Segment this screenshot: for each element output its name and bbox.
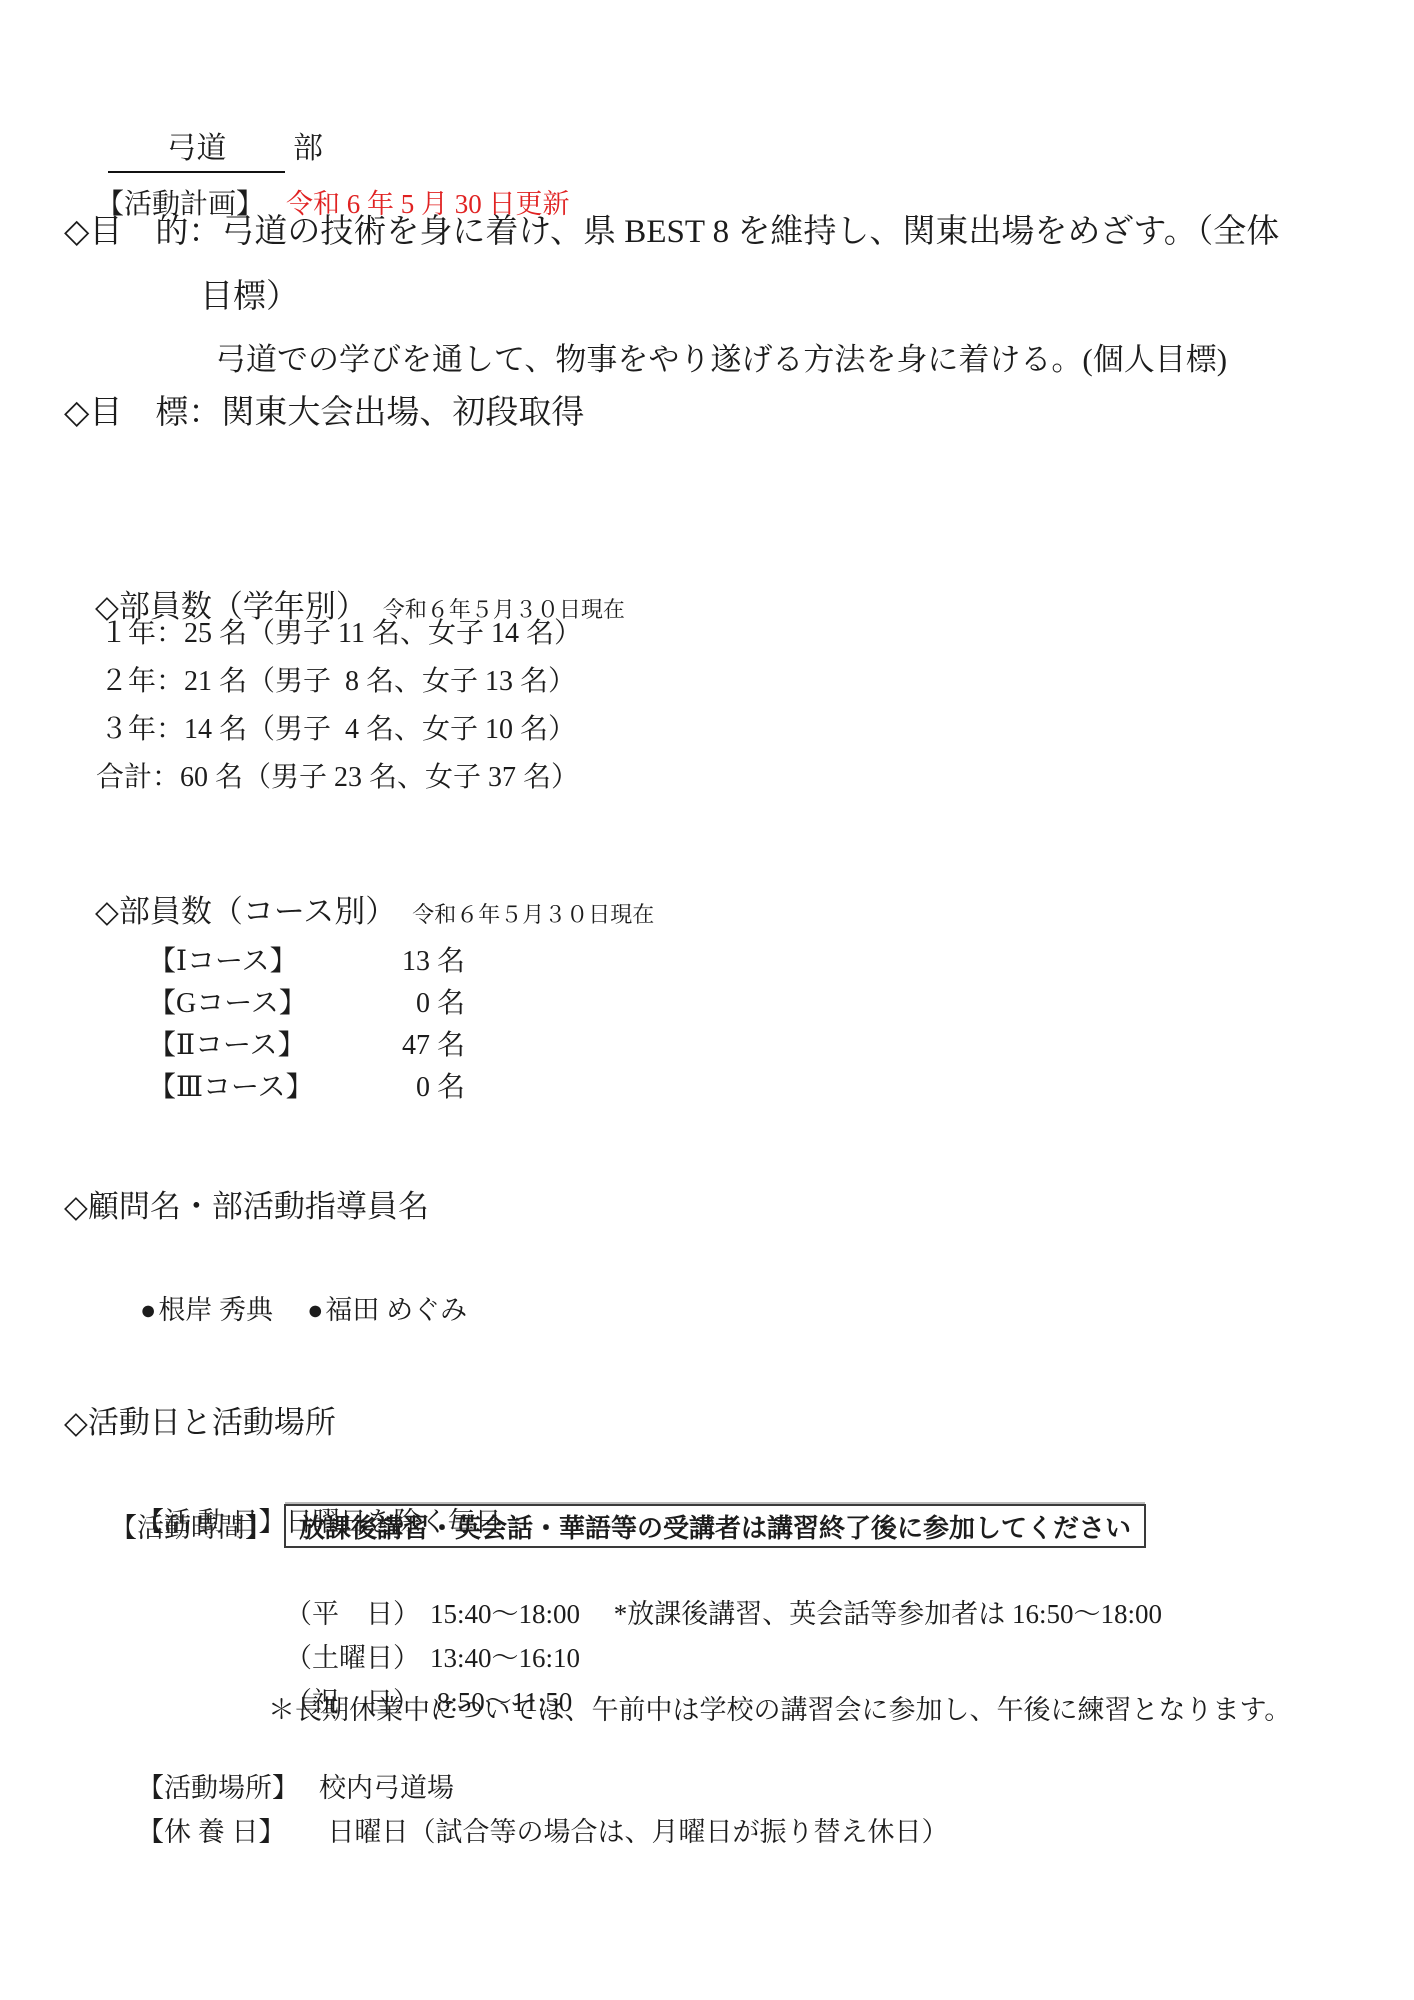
document-page: 弓道部 【活動計画】令和 6 年 5 月 30 日更新 ◇目 的：弓道の技術を身… <box>0 0 1414 2000</box>
vacation-note: ＊長期休業中については、午前中は学校の講習会に参加し、午後に練習となります。 <box>268 1694 1291 1728</box>
purpose-line-3: 弓道での学びを通して、物事をやり遂げる方法を身に着ける。(個人目標) <box>215 341 1227 380</box>
bullet-icon: ● <box>307 1295 323 1325</box>
advisor-name: 根岸 秀典 <box>158 1295 273 1325</box>
course-value: 13 名 <box>370 944 465 979</box>
grade-row: ２年：21 名（男子 8 名、女子 13 名） <box>100 664 576 699</box>
purpose-line-2: 目標） <box>200 277 299 318</box>
grade-row: ３年：14 名（男子 4 名、女子 10 名） <box>100 712 576 747</box>
purpose-line-1: ◇目 的：弓道の技術を身に着け、県 BEST 8 を維持し、関東出場をめざす。（… <box>64 212 1279 253</box>
advisor-item: ●根岸 秀典 <box>140 1295 273 1325</box>
rest-day-text: 日曜日（試合等の場合は、月曜日が振り替え休日） <box>328 1817 949 1847</box>
rest-day-label: 【休 養 日】 <box>137 1817 286 1847</box>
activity-time-label: 【活動時間】 <box>110 1512 272 1546</box>
course-row: 【Ⅲコース】0 名 <box>120 1035 314 1140</box>
rest-day-line: 【休 養 日】日曜日（試合等の場合は、月曜日が振り替え休日） <box>110 1782 949 1883</box>
course-value: 47 名 <box>370 1028 465 1063</box>
goal-line: ◇目 標：関東大会出場、初段取得 <box>64 393 584 434</box>
advisors-heading: ◇顧問名・部活動指導員名 <box>64 1188 429 1227</box>
advisors-names-line: ●根岸 秀典●福田 めぐみ <box>113 1260 501 1361</box>
advisor-item: ●福田 めぐみ <box>307 1295 467 1325</box>
advisor-name: 福田 めぐみ <box>325 1295 467 1325</box>
course-value: 0 名 <box>370 986 465 1021</box>
grade-total-row: 合計：60 名（男子 23 名、女子 37 名） <box>96 760 579 795</box>
activity-heading: ◇活動日と活動場所 <box>64 1404 336 1443</box>
notice-box: 放課後講習・英会話・華語等の受講者は講習終了後に参加してください <box>284 1504 1146 1548</box>
course-label: 【Ⅲコース】 <box>148 1070 314 1105</box>
members-course-asof: 令和６年５月３０日現在 <box>412 902 654 927</box>
grade-row: １年：25 名（男子 11 名、女子 14 名） <box>100 616 582 651</box>
notice-text: 放課後講習・英会話・華語等の受講者は講習終了後に参加してください <box>299 1508 1131 1545</box>
bullet-icon: ● <box>140 1295 156 1325</box>
course-value: 0 名 <box>370 1070 465 1105</box>
